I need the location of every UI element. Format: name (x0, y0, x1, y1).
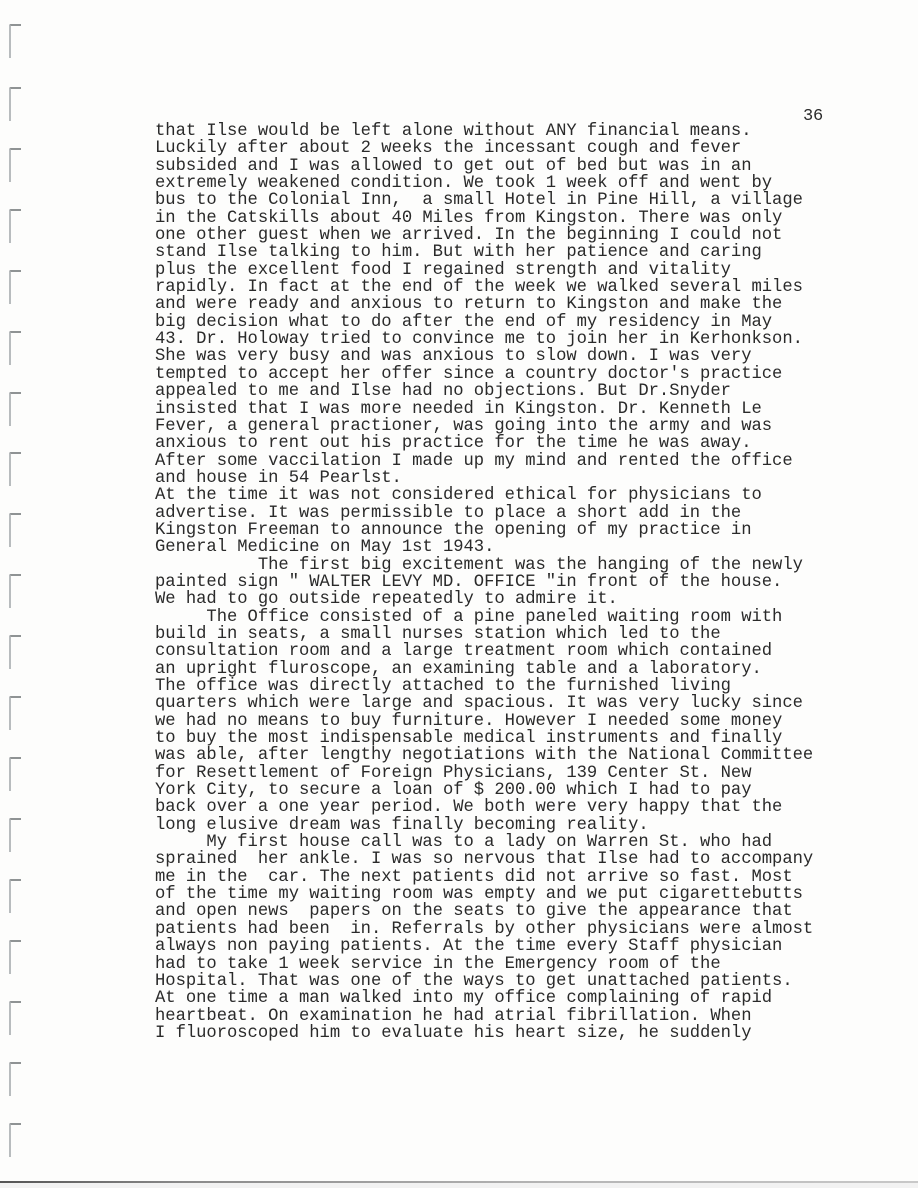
text-line: in the Catskills about 40 Miles from Kin… (155, 210, 813, 227)
text-line: She was very busy and was anxious to slo… (155, 348, 813, 365)
binder-hole-mark (9, 574, 21, 608)
text-line: painted sign " WALTER LEVY MD. OFFICE "i… (155, 574, 813, 591)
text-line: advertise. It was permissible to place a… (155, 505, 813, 522)
text-line: one other guest when we arrived. In the … (155, 227, 813, 244)
text-line: Luckily after about 2 weeks the incessan… (155, 140, 813, 157)
text-line: was able, after lengthy negotiations wit… (155, 747, 813, 764)
text-line: extremely weakened condition. We took 1 … (155, 175, 813, 192)
text-line: The first big excitement was the hanging… (155, 557, 813, 574)
text-line: me in the car. The next patients did not… (155, 869, 813, 886)
text-line: we had no means to buy furniture. Howeve… (155, 713, 813, 730)
binder-hole-mark (9, 209, 21, 243)
text-line: The Office consisted of a pine paneled w… (155, 609, 813, 626)
text-line: Hospital. That was one of the ways to ge… (155, 973, 813, 990)
text-line: Fever, a general practioner, was going i… (155, 418, 813, 435)
binder-hole-mark (9, 392, 21, 426)
binder-hole-mark (9, 148, 21, 182)
text-line: to buy the most indispensable medical in… (155, 730, 813, 747)
binder-hole-mark (9, 1001, 21, 1035)
text-line: Kingston Freeman to announce the opening… (155, 522, 813, 539)
text-line: anxious to rent out his practice for the… (155, 435, 813, 452)
text-line: appealed to me and Ilse had no objection… (155, 383, 813, 400)
text-line: always non paying patients. At the time … (155, 938, 813, 955)
binder-hole-mark (9, 818, 21, 852)
text-line: and open news papers on the seats to giv… (155, 903, 813, 920)
binder-hole-mark (9, 757, 21, 791)
text-line: quarters which were large and spacious. … (155, 695, 813, 712)
binder-hole-mark (9, 1062, 21, 1096)
text-line: The office was directly attached to the … (155, 678, 813, 695)
text-line: consultation room and a large treatment … (155, 643, 813, 660)
text-line: At one time a man walked into my office … (155, 990, 813, 1007)
text-line: had to take 1 week service in the Emerge… (155, 956, 813, 973)
text-line: that Ilse would be left alone without AN… (155, 123, 813, 140)
binder-hole-mark (9, 1123, 21, 1157)
text-line: York City, to secure a loan of $ 200.00 … (155, 782, 813, 799)
text-line: plus the excellent food I regained stren… (155, 262, 813, 279)
binder-hole-mark (9, 270, 21, 304)
text-line: build in seats, a small nurses station w… (155, 626, 813, 643)
text-line: bus to the Colonial Inn, a small Hotel i… (155, 192, 813, 209)
text-line: and house in 54 Pearlst. (155, 470, 813, 487)
text-line: General Medicine on May 1st 1943. (155, 539, 813, 556)
page-bottom-shadow (0, 1183, 918, 1188)
binder-hole-mark (9, 452, 21, 486)
text-line: rapidly. In fact at the end of the week … (155, 279, 813, 296)
binder-hole-mark (9, 331, 21, 365)
text-line: and were ready and anxious to return to … (155, 296, 813, 313)
text-line: We had to go outside repeatedly to admir… (155, 591, 813, 608)
binder-hole-mark (9, 24, 21, 58)
body-text: that Ilse would be left alone without AN… (155, 123, 813, 1042)
binder-hole-mark (9, 696, 21, 730)
text-line: heartbeat. On examination he had atrial … (155, 1008, 813, 1025)
binder-hole-mark (9, 879, 21, 913)
text-line: insisted that I was more needed in Kings… (155, 401, 813, 418)
text-line: subsided and I was allowed to get out of… (155, 158, 813, 175)
binder-hole-mark (9, 635, 21, 669)
text-line: After some vaccilation I made up my mind… (155, 453, 813, 470)
binder-hole-mark (9, 87, 21, 121)
text-line: My first house call was to a lady on War… (155, 834, 813, 851)
text-line: for Resettlement of Foreign Physicians, … (155, 765, 813, 782)
text-line: stand Ilse talking to him. But with her … (155, 244, 813, 261)
text-line: patients had been in. Referrals by other… (155, 921, 813, 938)
text-line: long elusive dream was finally becoming … (155, 817, 813, 834)
text-line: back over a one year period. We both wer… (155, 799, 813, 816)
binder-hole-mark (9, 940, 21, 974)
text-line: sprained her ankle. I was so nervous tha… (155, 851, 813, 868)
binder-hole-mark (9, 513, 21, 547)
text-line: At the time it was not considered ethica… (155, 487, 813, 504)
text-line: of the time my waiting room was empty an… (155, 886, 813, 903)
text-line: tempted to accept her offer since a coun… (155, 366, 813, 383)
text-line: 43. Dr. Holoway tried to convince me to … (155, 331, 813, 348)
text-line: an upright fluroscope, an examining tabl… (155, 661, 813, 678)
text-line: I fluoroscoped him to evaluate his heart… (155, 1025, 813, 1042)
text-line: big decision what to do after the end of… (155, 314, 813, 331)
